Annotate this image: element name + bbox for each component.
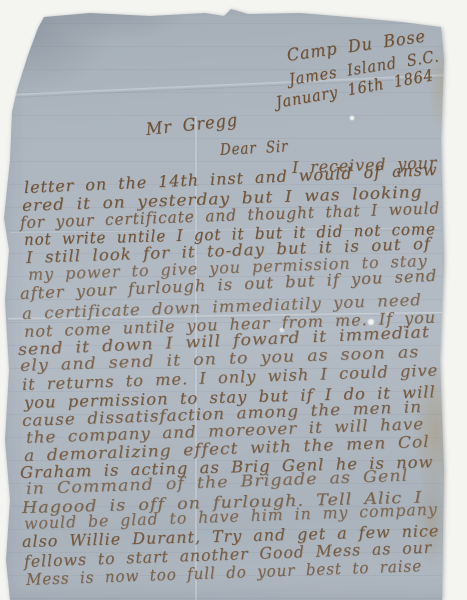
- scanned-letter-page: Camp Du BoseJames Island S.C.January 16t…: [0, 0, 467, 600]
- letter-greeting: Dear Sir: [220, 136, 289, 159]
- letter-paper: Camp Du BoseJames Island S.C.January 16t…: [0, 0, 467, 600]
- paper-shadow-wrap: Camp Du BoseJames Island S.C.January 16t…: [0, 0, 467, 600]
- letter-addressee: Mr Gregg: [145, 110, 239, 140]
